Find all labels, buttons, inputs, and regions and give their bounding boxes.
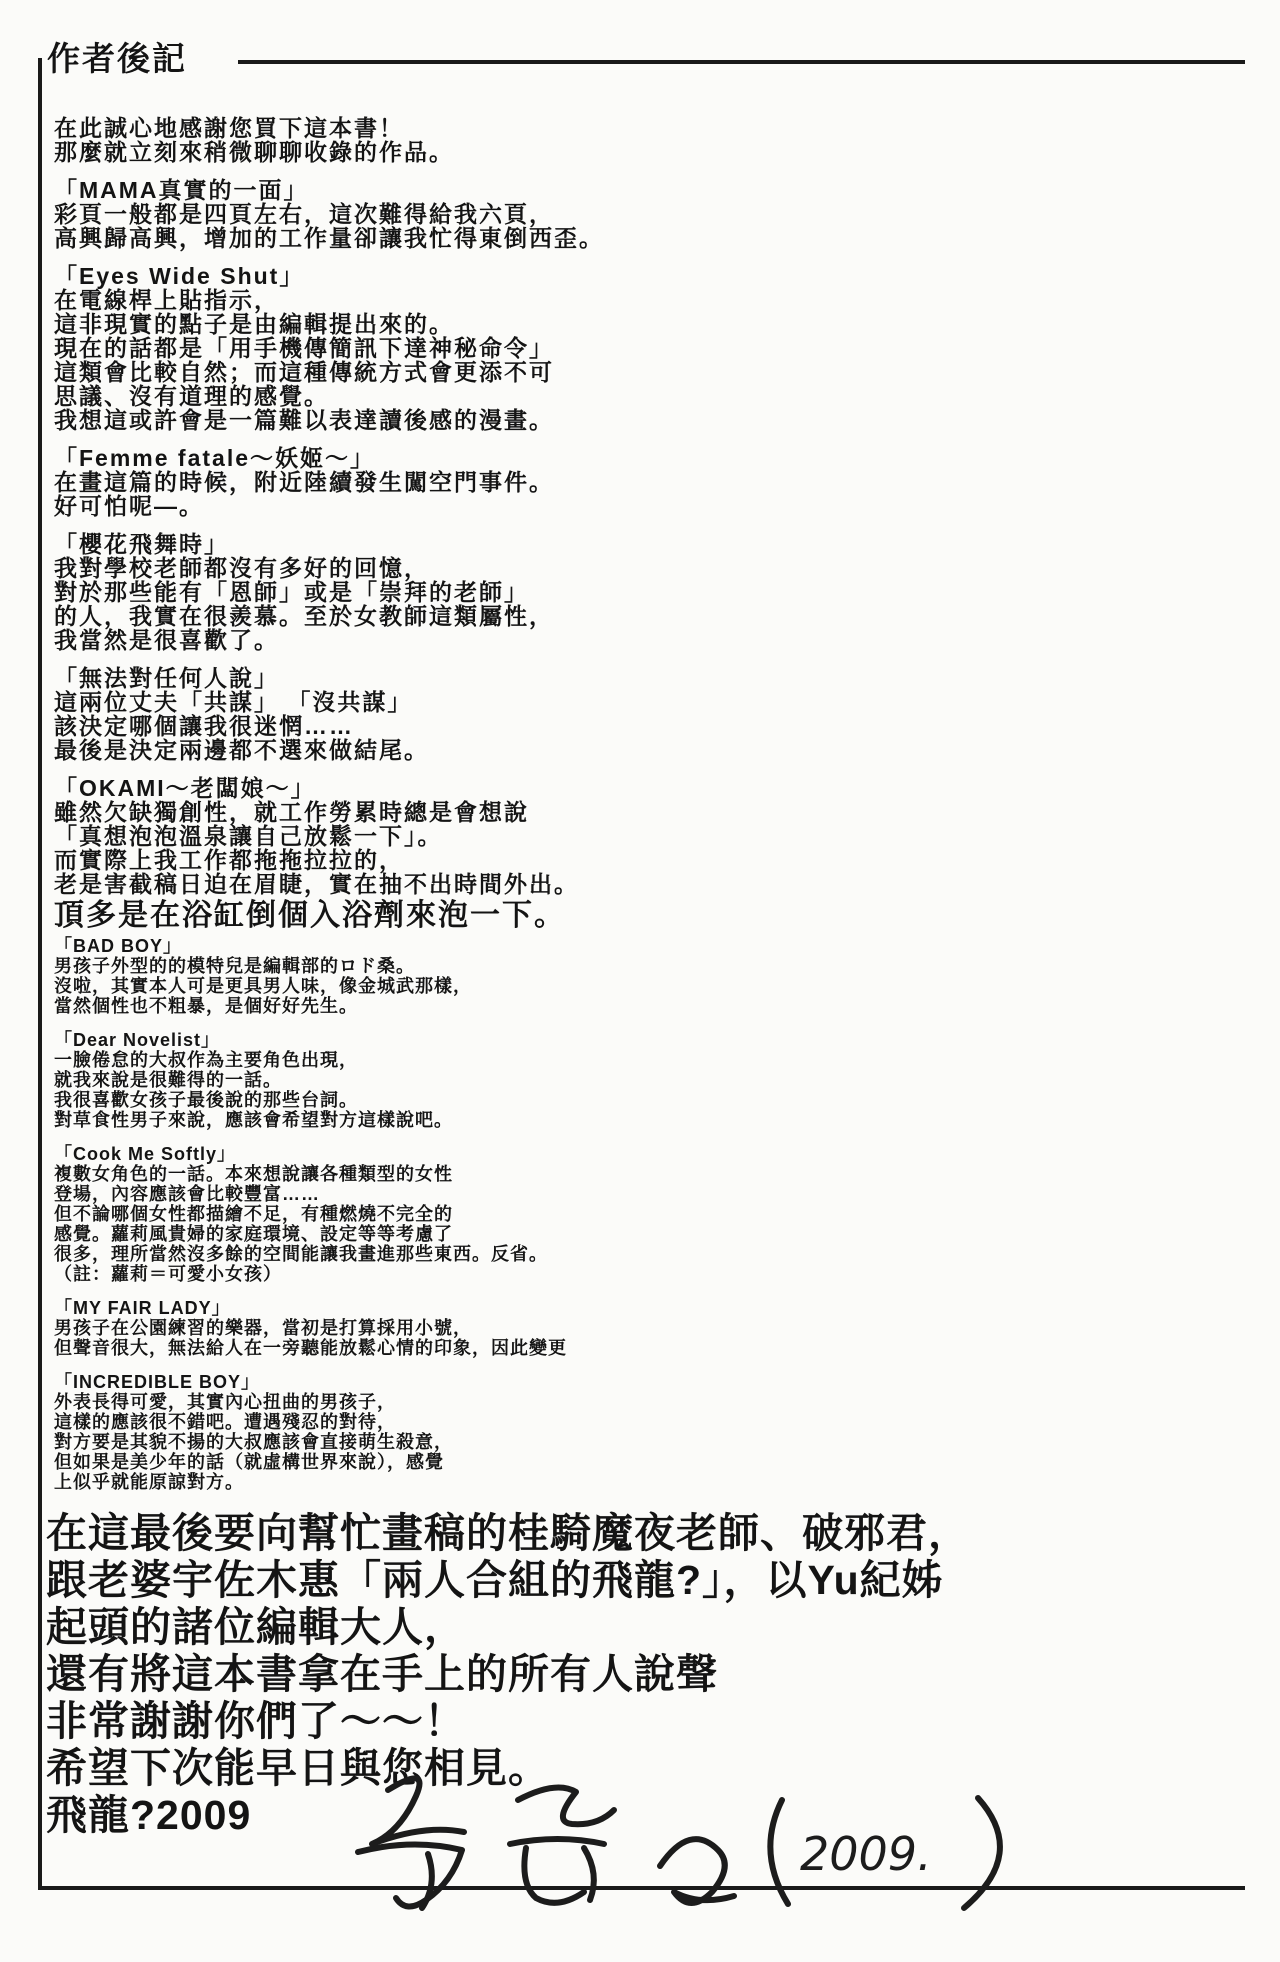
- text-line: 「真想泡泡溫泉讓自己放鬆一下」。: [54, 824, 1204, 848]
- text-line: 但聲音很大，無法給人在一旁聽能放鬆心情的印象，因此變更: [54, 1338, 1204, 1358]
- work-section: 頂多是在浴缸倒個入浴劑來泡一下。: [54, 899, 1204, 933]
- work-commentary-sections: 「MAMA真實的一面」彩頁一般都是四頁左右，這次難得給我六頁，高興歸高興，增加的…: [54, 178, 1204, 1492]
- text-line: 我很喜歡女孩子最後說的那些台詞。: [54, 1090, 1204, 1110]
- text-line: 男孩子在公園練習的樂器，當初是打算採用小號，: [54, 1318, 1204, 1338]
- closing-line: 跟老婆宇佐木惠「兩人合組的飛龍?」，以Yu紀姊: [46, 1557, 1204, 1604]
- text-line: 該決定哪個讓我很迷惘……: [54, 714, 1204, 738]
- text-line: 外表長得可愛，其實內心扭曲的男孩子，: [54, 1392, 1204, 1412]
- text-line: 在此誠心地感謝您買下這本書！: [54, 116, 1204, 140]
- section-title: 「Cook Me Softly」: [54, 1144, 1204, 1164]
- text-line: 老是害截稿日迫在眉睫，實在抽不出時間外出。: [54, 872, 1204, 896]
- text-line: 頂多是在浴缸倒個入浴劑來泡一下。: [54, 899, 1204, 933]
- text-line: 這樣的應該很不錯吧。遭遇殘忍的對待，: [54, 1412, 1204, 1432]
- text-line: 我對學校老師都沒有多好的回憶，: [54, 556, 1204, 580]
- author-signature: 2009.: [330, 1748, 1050, 1918]
- text-line: 上似乎就能原諒對方。: [54, 1472, 1204, 1492]
- section-title: 「BAD BOY」: [54, 936, 1204, 956]
- intro-paragraph: 在此誠心地感謝您買下這本書！那麼就立刻來稍微聊聊收錄的作品。: [54, 116, 1204, 164]
- text-line: 我當然是很喜歡了。: [54, 628, 1204, 652]
- text-line: 在電線桿上貼指示，: [54, 288, 1204, 312]
- closing-line: 在這最後要向幫忙畫稿的桂騎魔夜老師、破邪君，: [46, 1510, 1204, 1557]
- page-title: 作者後記: [47, 33, 187, 80]
- signature-stroke: [524, 1848, 584, 1903]
- text-line: 最後是決定兩邊都不選來做結尾。: [54, 738, 1204, 762]
- text-line: 很多，理所當然沒多餘的空間能讓我畫進那些東西。反省。: [54, 1244, 1204, 1264]
- section-title: 「Femme fatale～妖姬～」: [54, 446, 1204, 470]
- text-line: 思議、沒有道理的感覺。: [54, 384, 1204, 408]
- work-section: 「INCREDIBLE BOY」外表長得可愛，其實內心扭曲的男孩子，這樣的應該很…: [54, 1372, 1204, 1492]
- closing-line: 還有將這本書拿在手上的所有人說聲: [46, 1651, 1204, 1698]
- text-line: （註：蘿莉＝可愛小女孩）: [54, 1264, 1204, 1284]
- section-title: 「MAMA真實的一面」: [54, 178, 1204, 202]
- text-line: 這類會比較自然；而這種傳統方式會更添不可: [54, 360, 1204, 384]
- text-line: 沒啦，其實本人可是更具男人味，像金城武那樣，: [54, 976, 1204, 996]
- text-line: 一臉倦怠的大叔作為主要角色出現，: [54, 1050, 1204, 1070]
- section-title: 「OKAMI～老闆娘～」: [54, 776, 1204, 800]
- afterword-page: 作者後記 在此誠心地感謝您買下這本書！那麼就立刻來稍微聊聊收錄的作品。 「MAM…: [0, 0, 1280, 1962]
- section-title: 「INCREDIBLE BOY」: [54, 1372, 1204, 1392]
- text-line: 男孩子外型的的模特兒是編輯部的ロド桑。: [54, 956, 1204, 976]
- signature-year: 2009.: [800, 1827, 932, 1881]
- closing-line: 非常謝謝你們了～～！: [46, 1698, 1204, 1745]
- work-section: 「MAMA真實的一面」彩頁一般都是四頁左右，這次難得給我六頁，高興歸高興，增加的…: [54, 178, 1204, 250]
- section-title: 「櫻花飛舞時」: [54, 532, 1204, 556]
- text-line: 但不論哪個女性都描繪不足，有種燃燒不完全的: [54, 1204, 1204, 1224]
- work-section: 「Femme fatale～妖姬～」在畫這篇的時候，附近陸續發生闖空門事件。好可…: [54, 446, 1204, 518]
- signature-stroke: [358, 1844, 462, 1906]
- section-title: 「MY FAIR LADY」: [54, 1298, 1204, 1318]
- text-line: 而實際上我工作都拖拖拉拉的，: [54, 848, 1204, 872]
- text-line: 的人，我實在很羨慕。至於女教師這類屬性，: [54, 604, 1204, 628]
- text-line: 就我來說是很難得的一話。: [54, 1070, 1204, 1090]
- text-line: 我想這或許會是一篇難以表達讀後感的漫畫。: [54, 408, 1204, 432]
- frame-top-border: [238, 60, 1245, 64]
- closing-line: 起頭的諸位編輯大人，: [46, 1604, 1204, 1651]
- text-line: 對於那些能有「恩師」或是「崇拜的老師」: [54, 580, 1204, 604]
- signature-stroke: [770, 1800, 788, 1904]
- text-line: 當然個性也不粗暴，是個好好先生。: [54, 996, 1204, 1016]
- section-title: 「Eyes Wide Shut」: [54, 264, 1204, 288]
- work-section: 「MY FAIR LADY」男孩子在公園練習的樂器，當初是打算採用小號，但聲音很…: [54, 1298, 1204, 1358]
- text-line: 好可怕呢—。: [54, 494, 1204, 518]
- text-line: 對草食性男子來說，應該會希望對方這樣說吧。: [54, 1110, 1204, 1130]
- section-title: 「無法對任何人說」: [54, 666, 1204, 690]
- signature-stroke: [372, 1778, 464, 1844]
- work-section: 「Cook Me Softly」複數女角色的一話。本來想說讓各種類型的女性登場，…: [54, 1144, 1204, 1284]
- text-line: 對方要是其貌不揚的大叔應該會直接萌生殺意，: [54, 1432, 1204, 1452]
- text-line: 感覺。蘿莉風貴婦的家庭環境、設定等等考慮了: [54, 1224, 1204, 1244]
- text-line: 高興歸高興，增加的工作量卻讓我忙得東倒西歪。: [54, 226, 1204, 250]
- text-line: 但如果是美少年的話（就虛構世界來說），感覺: [54, 1452, 1204, 1472]
- text-line: 現在的話都是「用手機傳簡訊下達神秘命令」: [54, 336, 1204, 360]
- work-section: 「櫻花飛舞時」我對學校老師都沒有多好的回憶，對於那些能有「恩師」或是「崇拜的老師…: [54, 532, 1204, 652]
- signature-stroke: [510, 1839, 604, 1844]
- text-line: 這兩位丈夫「共謀」 「沒共謀」: [54, 690, 1204, 714]
- text-line: 雖然欠缺獨創性，就工作勞累時總是會想說: [54, 800, 1204, 824]
- afterword-text: 在此誠心地感謝您買下這本書！那麼就立刻來稍微聊聊收錄的作品。 「MAMA真實的一…: [54, 116, 1204, 1839]
- signature-stroke: [660, 1839, 734, 1903]
- text-line: 那麼就立刻來稍微聊聊收錄的作品。: [54, 140, 1204, 164]
- text-line: 在畫這篇的時候，附近陸續發生闖空門事件。: [54, 470, 1204, 494]
- work-section: 「無法對任何人說」這兩位丈夫「共謀」 「沒共謀」該決定哪個讓我很迷惘……最後是決…: [54, 666, 1204, 762]
- text-line: 複數女角色的一話。本來想說讓各種類型的女性: [54, 1164, 1204, 1184]
- text-line: 這非現實的點子是由編輯提出來的。: [54, 312, 1204, 336]
- work-section: 「Eyes Wide Shut」在電線桿上貼指示，這非現實的點子是由編輯提出來的…: [54, 264, 1204, 432]
- signature-stroke: [964, 1798, 1000, 1908]
- text-line: 登場，內容應該會比較豐富……: [54, 1184, 1204, 1204]
- section-title: 「Dear Novelist」: [54, 1030, 1204, 1050]
- work-section: 「OKAMI～老闆娘～」雖然欠缺獨創性，就工作勞累時總是會想說「真想泡泡溫泉讓自…: [54, 776, 1204, 896]
- frame-left-border: [38, 58, 42, 1890]
- text-line: 彩頁一般都是四頁左右，這次難得給我六頁，: [54, 202, 1204, 226]
- work-section: 「BAD BOY」男孩子外型的的模特兒是編輯部的ロド桑。沒啦，其實本人可是更具男…: [54, 936, 1204, 1016]
- signature-stroke: [518, 1788, 614, 1825]
- work-section: 「Dear Novelist」一臉倦怠的大叔作為主要角色出現，就我來說是很難得的…: [54, 1030, 1204, 1130]
